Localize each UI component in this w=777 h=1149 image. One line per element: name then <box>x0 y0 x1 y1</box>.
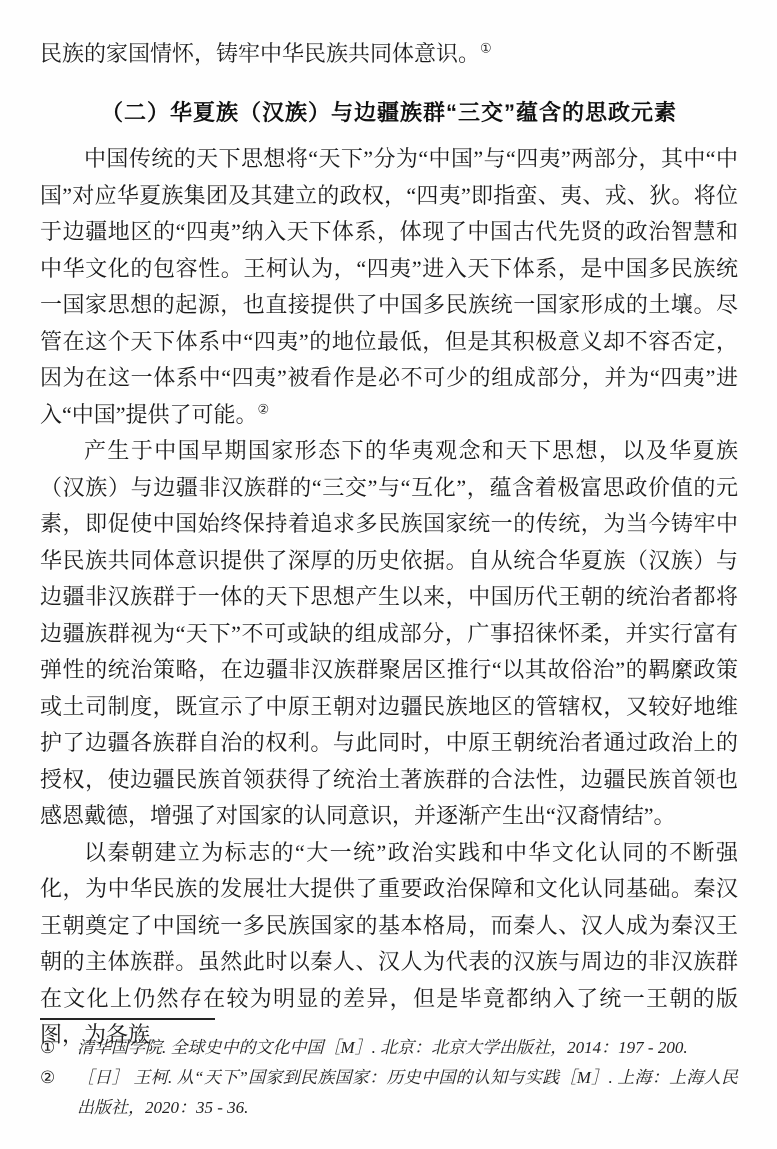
footnote-item-1: ① 清华国学院. 全球史中的文化中国［M］. 北京：北京大学出版社，2014：1… <box>40 1033 738 1063</box>
footnote-marker-2: ② <box>40 1063 77 1123</box>
footnote-ref-2: ② <box>258 401 270 416</box>
footnote-ref-1: ① <box>480 41 492 56</box>
paragraph-text: 中国传统的天下思想将“天下”分为“中国”与“四夷”两部分，其中“中国”对应华夏族… <box>40 146 738 427</box>
continuation-text: 民族的家国情怀，铸牢中华民族共同体意识。 <box>40 41 480 66</box>
continuation-paragraph: 民族的家国情怀，铸牢中华民族共同体意识。① <box>40 40 738 68</box>
paragraph-text: 以秦朝建立为标志的“大一统”政治实践和中华文化认同的不断强化，为中华民族的发展壮… <box>40 840 738 1048</box>
paragraph-text: 产生于中国早期国家形态下的华夷观念和天下思想，以及华夏族（汉族）与边疆非汉族群的… <box>40 438 738 828</box>
footnote-section: ① 清华国学院. 全球史中的文化中国［M］. 北京：北京大学出版社，2014：1… <box>40 1018 738 1123</box>
footnote-text-1: 清华国学院. 全球史中的文化中国［M］. 北京：北京大学出版社，2014：197… <box>77 1033 738 1063</box>
footnote-separator-rule <box>40 1018 215 1020</box>
paragraph-tianxia-concept: 中国传统的天下思想将“天下”分为“中国”与“四夷”两部分，其中“中国”对应华夏族… <box>40 141 738 433</box>
paragraph-huayi-sanjiao: 产生于中国早期国家形态下的华夷观念和天下思想，以及华夏族（汉族）与边疆非汉族群的… <box>40 433 738 835</box>
body-text-block: 中国传统的天下思想将“天下”分为“中国”与“四夷”两部分，其中“中国”对应华夏族… <box>40 141 738 1054</box>
footnote-item-2: ② ［日］ 王柯. 从“天下”国家到民族国家：历史中国的认知与实践［M］. 上海… <box>40 1063 738 1123</box>
footnote-marker-1: ① <box>40 1033 77 1063</box>
footnote-text-2: ［日］ 王柯. 从“天下”国家到民族国家：历史中国的认知与实践［M］. 上海：上… <box>77 1063 738 1123</box>
document-page: 民族的家国情怀，铸牢中华民族共同体意识。① （二）华夏族（汉族）与边疆族群“三交… <box>0 0 777 1149</box>
section-heading: （二）华夏族（汉族）与边疆族群“三交”蕴含的思政元素 <box>40 96 738 127</box>
